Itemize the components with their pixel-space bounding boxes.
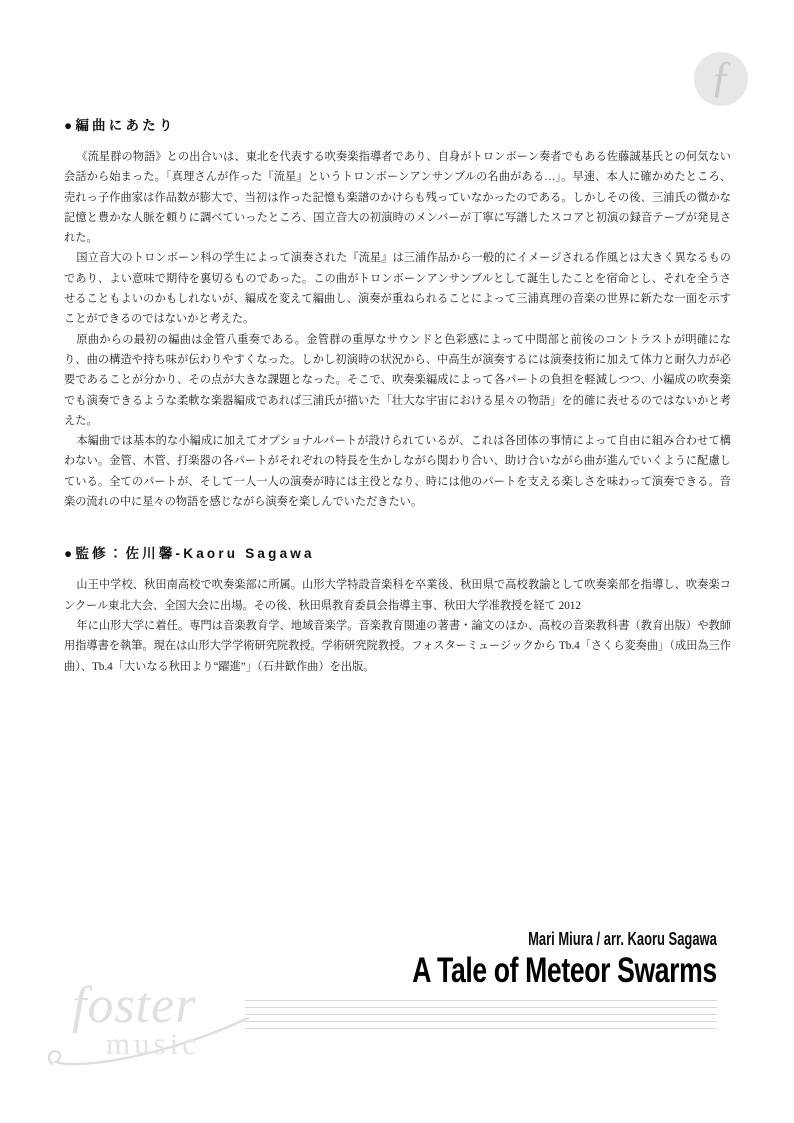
staff-line [245, 1021, 717, 1022]
section-heading-arrangement: ●編曲にあたり [64, 114, 731, 134]
staff-line [245, 1007, 717, 1008]
staff-line [245, 1000, 717, 1001]
supervisor-paragraph-1: 山王中学校、秋田南高校で吹奏楽部に所属。山形大学特設音楽科を卒業後、秋田県で高校… [64, 575, 731, 616]
publisher-logo: foster music [48, 984, 258, 1079]
music-staff-lines [245, 1000, 717, 1029]
page: { "brand": { "monogram_glyph": "ƒ" }, "a… [0, 0, 794, 1123]
section-heading-supervisor: ●監修：佐川馨-Kaoru Sagawa [64, 542, 731, 562]
document-body: ●編曲にあたり 《流星群の物語》との出合いは、東北を代表する吹奏楽指導者であり、… [64, 114, 731, 677]
publisher-logo-music: music [106, 1028, 200, 1059]
arrangement-paragraph-2: 国立音大のトロンボーン科の学生によって演奏された『流星』は三浦作品から一般的にイ… [64, 248, 731, 329]
work-title: A Tale of Meteor Swarms [412, 952, 717, 990]
staff-line [245, 1014, 717, 1015]
staff-line [245, 1028, 717, 1029]
arrangement-paragraph-3: 原曲からの最初の編曲は金管八重奏である。金管群の重厚なサウンドと色彩感によって中… [64, 330, 731, 431]
composer-credit-line: Mari Miura / arr. Kaoru Sagawa [428, 928, 717, 950]
supervisor-paragraph-2: 年に山形大学に着任。専門は音楽教育学、地域音楽学。音楽教育関連の著書・論文のほか… [64, 616, 731, 677]
arrangement-paragraph-4: 本編曲では基本的な小編成に加えてオプショナルパートが設けられているが、これは各団… [64, 431, 731, 512]
publisher-monogram-icon: ƒ [710, 55, 732, 99]
publisher-logo-foster: foster [72, 980, 196, 1032]
arrangement-paragraph-1: 《流星群の物語》との出合いは、東北を代表する吹奏楽指導者であり、自身がトロンボー… [64, 147, 731, 248]
publisher-monogram: ƒ [694, 52, 748, 106]
title-block: Mari Miura / arr. Kaoru Sagawa A Tale of… [316, 928, 717, 990]
